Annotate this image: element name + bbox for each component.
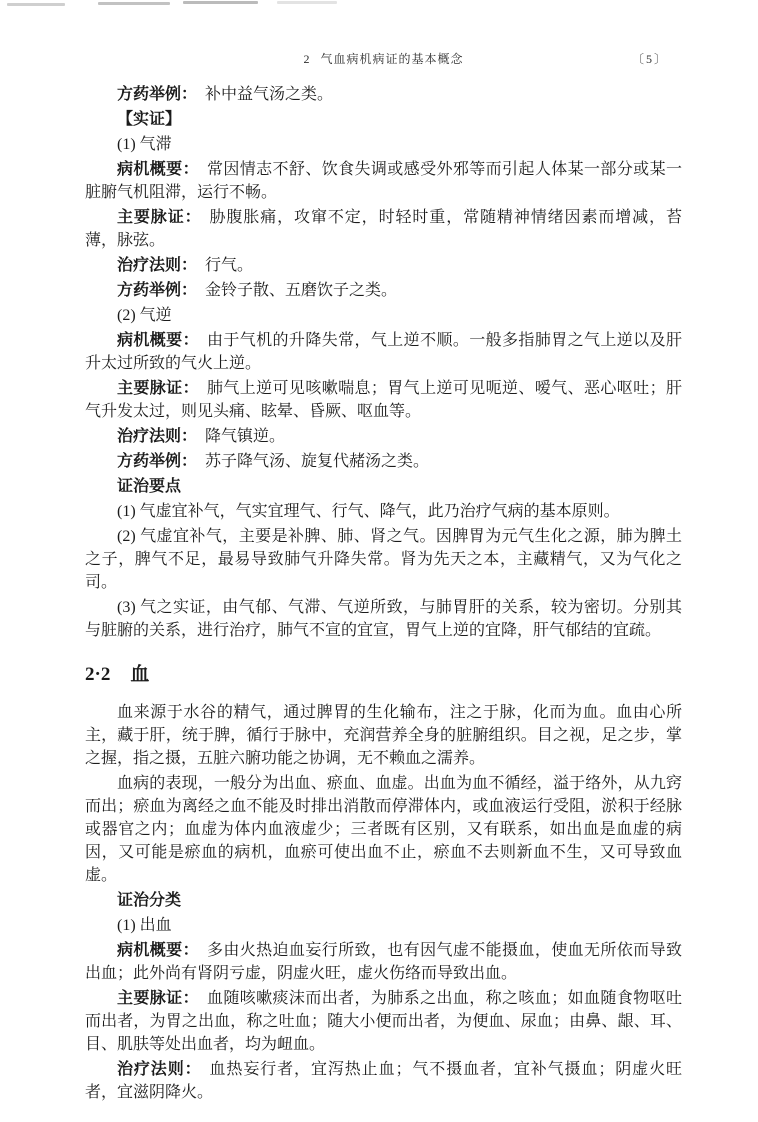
labeled-paragraph: 主要脉证：胁腹胀痛，攻窜不定，时轻时重，常随精神情绪因素而增减，苔薄，脉弦。: [85, 206, 682, 252]
sub-heading: 证治要点: [85, 475, 682, 498]
body-paragraph: 血来源于水谷的精气，通过脾胃的生化输布，注之于脉，化而为血。血由心所主，藏于肝，…: [85, 701, 682, 770]
field-label: 方药举例：: [117, 453, 197, 470]
field-label: 方药举例：: [117, 282, 197, 299]
scan-artifact: [7, 3, 65, 6]
item-paragraph: (1) 气滞: [85, 133, 682, 156]
scanned-book-page: { "page": { "running_head": { "chapter_n…: [0, 0, 758, 1122]
paragraph-text: 降气镇逆。: [205, 428, 285, 445]
scan-artifact: [98, 2, 170, 5]
field-label: 病机概要：: [117, 942, 199, 959]
page-content: 2气血病机病证的基本概念 〔5〕 方药举例：补中益气汤之类。【实证】(1) 气滞…: [85, 50, 682, 1106]
labeled-paragraph: 方药举例：苏子降气汤、旋复代赭汤之类。: [85, 450, 682, 473]
item-paragraph: (1) 气虚宜补气，气实宜理气、行气、降气，此乃治疗气病的基本原则。: [85, 500, 682, 523]
paragraph-text: 血病的表现，一般分为出血、瘀血、血虚。出血为血不循经，溢于络外，从九窍而出；瘀血…: [85, 775, 682, 884]
field-label: 主要脉证：: [117, 209, 202, 226]
page-body: 方药举例：补中益气汤之类。【实证】(1) 气滞病机概要：常因情志不舒、饮食失调或…: [85, 83, 682, 1104]
paragraph-text: 证治要点: [117, 478, 181, 495]
paragraph-text: 金铃子散、五磨饮子之类。: [205, 282, 397, 299]
section-title: 血: [130, 664, 150, 685]
labeled-paragraph: 方药举例：金铃子散、五磨饮子之类。: [85, 279, 682, 302]
running-head: 2气血病机病证的基本概念 〔5〕: [85, 50, 682, 68]
paragraph-text: 补中益气汤之类。: [205, 86, 333, 103]
labeled-paragraph: 治疗法则：降气镇逆。: [85, 425, 682, 448]
sub-heading: 【实证】: [85, 108, 682, 131]
paragraph-text: 苏子降气汤、旋复代赭汤之类。: [205, 453, 429, 470]
field-label: 治疗法则：: [117, 1061, 202, 1078]
field-label: 病机概要：: [117, 161, 199, 178]
paragraph-text: 血来源于水谷的精气，通过脾胃的生化输布，注之于脉，化而为血。血由心所主，藏于肝，…: [85, 704, 682, 767]
labeled-paragraph: 治疗法则：血热妄行者，宜泻热止血；气不摄血者，宜补气摄血；阴虚火旺者，宜滋阴降火…: [85, 1058, 682, 1104]
section-number: 2·2: [85, 664, 110, 685]
scan-artifact: [183, 1, 258, 4]
paragraph-text: (2) 气逆: [117, 307, 172, 324]
labeled-paragraph: 病机概要：由于气机的升降失常，气上逆不顺。一般多指肺胃之气上逆以及肝升太过所致的…: [85, 329, 682, 375]
paragraph-text: 证治分类: [117, 892, 181, 909]
paragraph-text: (1) 出血: [117, 917, 172, 934]
chapter-title: 气血病机病证的基本概念: [320, 52, 463, 66]
item-paragraph: (2) 气逆: [85, 304, 682, 327]
paragraph-text: (1) 气滞: [117, 136, 172, 153]
scan-artifact: [277, 1, 337, 4]
item-paragraph: (1) 出血: [85, 914, 682, 937]
labeled-paragraph: 方药举例：补中益气汤之类。: [85, 83, 682, 106]
field-label: 主要脉证：: [117, 380, 199, 397]
item-paragraph: (2) 气虚宜补气，主要是补脾、肺、肾之气。因脾胃为元气生化之源，肺为脾土之子，…: [85, 525, 682, 594]
chapter-number: 2: [303, 52, 310, 66]
labeled-paragraph: 主要脉证：血随咳嗽痰沫而出者，为肺系之出血，称之咳血；如血随食物呕吐而出者，为胃…: [85, 987, 682, 1056]
field-label: 主要脉证：: [117, 990, 199, 1007]
body-paragraph: 血病的表现，一般分为出血、瘀血、血虚。出血为血不循经，溢于络外，从九窍而出；瘀血…: [85, 772, 682, 887]
running-head-title-wrap: 2气血病机病证的基本概念: [85, 50, 682, 67]
labeled-paragraph: 主要脉证：肺气上逆可见咳嗽喘息；胃气上逆可见呃逆、嗳气、恶心呕吐；肝气升发太过，…: [85, 377, 682, 423]
paragraph-text: 【实证】: [117, 111, 181, 128]
page-number: 〔5〕: [632, 50, 668, 67]
section-heading: 2·2血: [85, 663, 682, 686]
paragraph-text: (3) 气之实证，由气郁、气滞、气逆所致，与肺胃肝的关系，较为密切。分别其与脏腑…: [85, 599, 682, 639]
labeled-paragraph: 病机概要：多由火热迫血妄行所致，也有因气虚不能摄血，使血无所依而导致出血；此外尚…: [85, 939, 682, 985]
labeled-paragraph: 治疗法则：行气。: [85, 254, 682, 277]
item-paragraph: (3) 气之实证，由气郁、气滞、气逆所致，与肺胃肝的关系，较为密切。分别其与脏腑…: [85, 596, 682, 642]
paragraph-text: (1) 气虚宜补气，气实宜理气、行气、降气，此乃治疗气病的基本原则。: [117, 503, 620, 520]
field-label: 治疗法则：: [117, 257, 197, 274]
paragraph-text: (2) 气虚宜补气，主要是补脾、肺、肾之气。因脾胃为元气生化之源，肺为脾土之子，…: [85, 528, 682, 591]
sub-heading: 证治分类: [85, 889, 682, 912]
field-label: 治疗法则：: [117, 428, 197, 445]
field-label: 病机概要：: [117, 332, 199, 349]
labeled-paragraph: 病机概要：常因情志不舒、饮食失调或感受外邪等而引起人体某一部分或某一脏腑气机阻滞…: [85, 158, 682, 204]
field-label: 方药举例：: [117, 86, 197, 103]
paragraph-text: 行气。: [205, 257, 253, 274]
